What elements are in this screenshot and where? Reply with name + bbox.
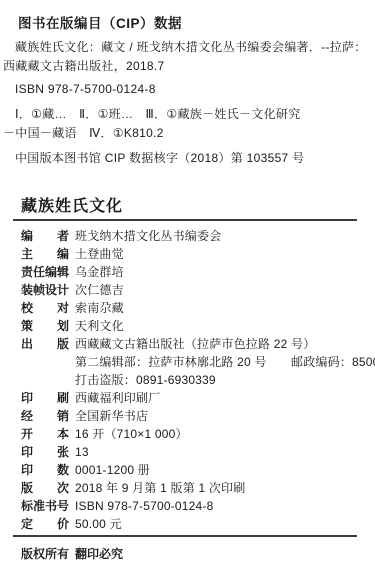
detail-value: 全国新华书店 <box>75 407 367 425</box>
detail-label: 出 版 <box>21 335 75 353</box>
detail-value: 50.00 元 <box>75 515 367 533</box>
detail-value: 天利文化 <box>75 317 367 335</box>
cip-heading: 图书在版编目（CIP）数据 <box>18 12 367 32</box>
detail-label: 策 划 <box>21 317 75 335</box>
publication-details: 编 者 班戈纳木措文化丛书编委会 主 编 土登曲觉 责任编辑 乌金群培 装帧设计… <box>3 227 367 533</box>
cip-line-title: 藏族姓氏文化：藏文 / 班戈纳木措文化丛书编委会编著．--拉萨： <box>3 38 367 57</box>
detail-value: 次仁德吉 <box>75 281 367 299</box>
detail-value: 土登曲觉 <box>75 245 367 263</box>
cip-line-classification-2: －中国－藏语 Ⅳ．①K810.2 <box>3 124 367 143</box>
row-publisher-branch: 第二编辑部：拉萨市林廓北路 20 号 邮政编码：850000 <box>21 353 367 371</box>
copyright-notice: 版权所有 翻印必究 <box>3 545 367 563</box>
cip-line-record-number: 中国版本图书馆 CIP 数据核字（2018）第 103557 号 <box>3 149 367 168</box>
footer-divider <box>13 535 357 537</box>
copyright-rights-label: 版权所有 <box>21 545 75 563</box>
detail-label: 责任编辑 <box>21 263 75 281</box>
row-chief-editor: 主 编 土登曲觉 <box>21 245 367 263</box>
detail-label: 开 本 <box>21 425 75 443</box>
detail-label: 编 者 <box>21 227 75 245</box>
detail-label: 印 刷 <box>21 389 75 407</box>
detail-value: 西藏福利印刷厂 <box>75 389 367 407</box>
row-planning: 策 划 天利文化 <box>21 317 367 335</box>
detail-label: 装帧设计 <box>21 281 75 299</box>
detail-value: 班戈纳木措文化丛书编委会 <box>75 227 367 245</box>
detail-value: 西藏藏文古籍出版社（拉萨市色拉路 22 号） <box>75 335 367 353</box>
row-print-run: 印 数 0001-1200 册 <box>21 461 367 479</box>
detail-value: ISBN 978-7-5700-0124-8 <box>75 497 367 515</box>
row-sheets: 印 张 13 <box>21 443 367 461</box>
cip-line-isbn: ISBN 978-7-5700-0124-8 <box>3 80 367 99</box>
row-publisher: 出 版 西藏藏文古籍出版社（拉萨市色拉路 22 号） <box>21 335 367 353</box>
detail-value: 索南尕藏 <box>75 299 367 317</box>
detail-label <box>21 371 75 389</box>
detail-label: 校 对 <box>21 299 75 317</box>
detail-label <box>21 353 75 371</box>
cip-block: 图书在版编目（CIP）数据 藏族姓氏文化：藏文 / 班戈纳木措文化丛书编委会编著… <box>3 12 367 168</box>
detail-value: 16 开（710×1 000） <box>75 425 367 443</box>
detail-label: 印 张 <box>21 443 75 461</box>
row-anti-piracy: 打击盗版：0891-6930339 <box>21 371 367 389</box>
detail-label: 标准书号 <box>21 497 75 515</box>
detail-label: 经 销 <box>21 407 75 425</box>
row-price: 定 价 50.00 元 <box>21 515 367 533</box>
detail-label: 版 次 <box>21 479 75 497</box>
copyright-warning-label: 翻印必究 <box>75 545 123 563</box>
detail-value: 0001-1200 册 <box>75 461 367 479</box>
detail-label: 印 数 <box>21 461 75 479</box>
row-binding-design: 装帧设计 次仁德吉 <box>21 281 367 299</box>
detail-label: 定 价 <box>21 515 75 533</box>
row-edition: 版 次 2018 年 9 月第 1 版第 1 次印刷 <box>21 479 367 497</box>
row-distributor: 经 销 全国新华书店 <box>21 407 367 425</box>
detail-value: 2018 年 9 月第 1 版第 1 次印刷 <box>75 479 367 497</box>
title-divider <box>13 219 357 221</box>
detail-value: 第二编辑部：拉萨市林廓北路 20 号 邮政编码：850000 <box>75 353 375 371</box>
detail-label: 主 编 <box>21 245 75 263</box>
cip-line-publisher: 西藏藏文古籍出版社，2018.7 <box>3 57 367 76</box>
row-printer: 印 刷 西藏福利印刷厂 <box>21 389 367 407</box>
row-editor: 编 者 班戈纳木措文化丛书编委会 <box>21 227 367 245</box>
detail-value: 打击盗版：0891-6930339 <box>75 371 367 389</box>
cip-line-classification-1: Ⅰ．①藏… Ⅱ．①班… Ⅲ．①藏族－姓氏－文化研究 <box>3 105 367 124</box>
detail-value: 乌金群培 <box>75 263 367 281</box>
row-isbn: 标准书号 ISBN 978-7-5700-0124-8 <box>21 497 367 515</box>
cip-page: 图书在版编目（CIP）数据 藏族姓氏文化：藏文 / 班戈纳木措文化丛书编委会编著… <box>0 0 375 574</box>
detail-value: 13 <box>75 443 367 461</box>
row-proofreader: 校 对 索南尕藏 <box>21 299 367 317</box>
row-responsible-editor: 责任编辑 乌金群培 <box>21 263 367 281</box>
book-title: 藏族姓氏文化 <box>21 193 367 216</box>
row-format: 开 本 16 开（710×1 000） <box>21 425 367 443</box>
